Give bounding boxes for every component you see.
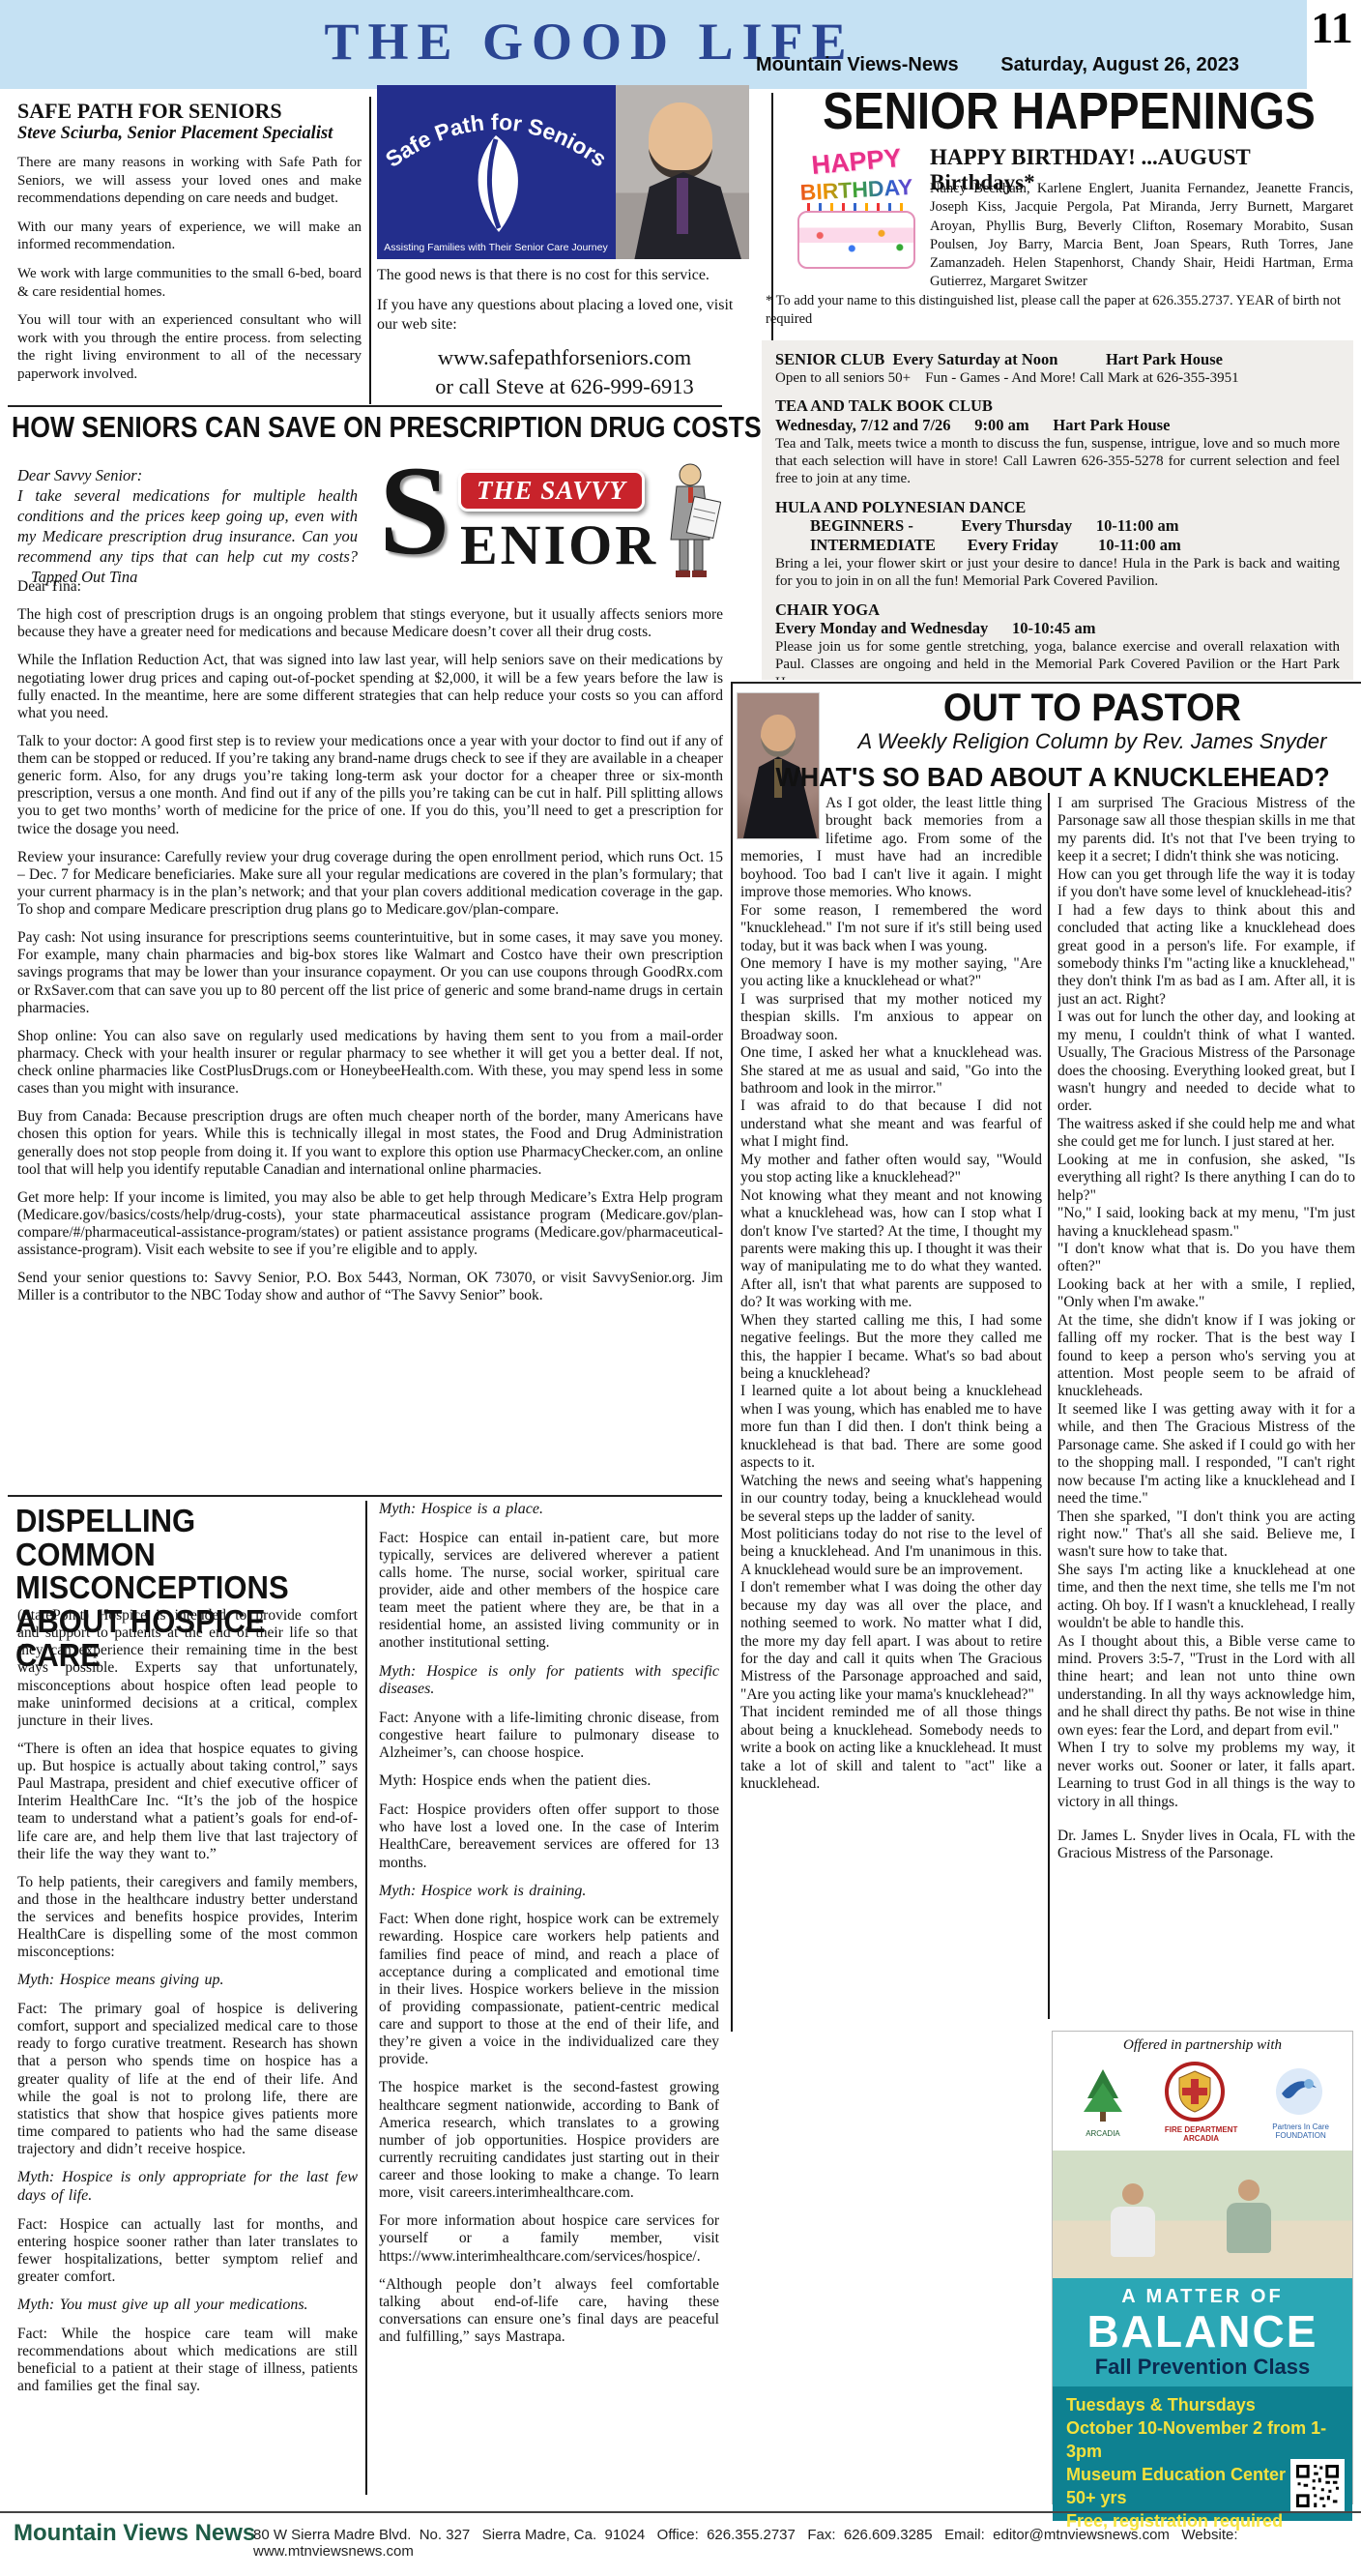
pastor-paragraph: It seemed like I was getting away with i…	[1057, 1401, 1355, 1508]
newspaper-page: THE GOOD LIFE Mountain Views-News Saturd…	[0, 0, 1361, 2576]
pastor-paragraph: I was afraid to do that because I did no…	[740, 1098, 1042, 1151]
hospice-item: To help patients, their caregivers and f…	[17, 1874, 358, 1962]
ad-details-band: Tuesdays & ThursdaysOctober 10-November …	[1053, 2386, 1352, 2521]
event-line: Please join us for some gentle stretchin…	[775, 638, 1340, 680]
hospice-headline-line1: DISPELLING COMMON	[15, 1505, 342, 1571]
hospice-item: The hospice market is the second-fastest…	[379, 2079, 719, 2202]
pastor-paragraph: How can you get through life the way it …	[1057, 866, 1355, 902]
senior-happenings-headline: SENIOR HAPPENINGS	[818, 81, 1321, 141]
pastor-column-1: As I got older, the least little thing b…	[740, 795, 1042, 1794]
savvy-senior-logo: S THE SAVVY ENIOR	[379, 460, 723, 591]
hospice-item: “Although people don’t always feel comfo…	[379, 2276, 719, 2347]
pastor-paragraph: Most politicians today do not rise to th…	[740, 1526, 1042, 1579]
footer-paper-name: Mountain Views News	[14, 2520, 255, 2547]
safe-path-questions-note: If you have any questions about placing …	[377, 296, 752, 335]
savvy-paragraph: While the Inflation Reduction Act, that …	[17, 652, 723, 722]
birthday-note: * To add your name to this distinguished…	[766, 292, 1355, 329]
pastor-paragraph: I learned quite a lot about being a knuc…	[740, 1383, 1042, 1472]
pastor-paragraph: I was out for lunch the other day, and l…	[1057, 1009, 1355, 1116]
pastor-paragraph: I don't remember what I was doing the ot…	[740, 1579, 1042, 1704]
pastor-paragraph: I am surprised The Gracious Mistress of …	[1057, 795, 1355, 866]
arcadia-logo: ARCADIA	[1076, 2065, 1130, 2139]
hospice-item: For more information about hospice care …	[379, 2212, 719, 2265]
safe-path-ad-image: Safe Path for Seniors Assisting Families…	[377, 85, 749, 259]
pastor-paragraph: Dr. James L. Snyder lives in Ocala, FL w…	[1057, 1828, 1355, 1863]
partners-swirl-icon	[1272, 2064, 1326, 2119]
safe-path-paragraph: We work with large communities to the sm…	[17, 265, 362, 301]
pastor-paragraph: I had a few days to think about this and…	[1057, 902, 1355, 1010]
event-line: TEA AND TALK BOOK CLUB	[775, 396, 1340, 416]
page-header-band: THE GOOD LIFE Mountain Views-News Saturd…	[0, 0, 1307, 89]
savvy-paragraph: Talk to your doctor: A good first step i…	[17, 733, 723, 838]
safe-path-cost-note: The good news is that there is no cost f…	[377, 267, 752, 284]
header-meta: Mountain Views-News Saturday, August 26,…	[719, 54, 1239, 76]
safe-path-paragraph: You will tour with an experienced consul…	[17, 311, 362, 383]
hospice-item: (StatePoint) Hospice is intended to prov…	[17, 1607, 358, 1730]
ad-kicker: A MATTER OF	[1053, 2278, 1352, 2308]
hospice-column-1: (StatePoint) Hospice is intended to prov…	[17, 1607, 358, 2406]
pastor-column-2: I am surprised The Gracious Mistress of …	[1057, 795, 1355, 1863]
event-line: Bring a lei, your flower skirt or just y…	[775, 555, 1340, 591]
hospice-item: Fact: Hospice providers often offer supp…	[379, 1801, 719, 1872]
hospice-item: Myth: Hospice is a place.	[379, 1501, 719, 1519]
savvy-paragraph: The high cost of prescription drugs is a…	[17, 606, 723, 641]
hospice-item: Myth: You must give up all your medicati…	[17, 2297, 358, 2315]
savvy-salutation: Dear Tina:	[17, 578, 723, 596]
hospice-item: Fact: When done right, hospice work can …	[379, 1911, 719, 2068]
qr-code	[1290, 2459, 1345, 2513]
pastor-paragraph: When I try to solve my problems my way, …	[1057, 1740, 1355, 1811]
savvy-paragraph: Buy from Canada: Because prescription dr…	[17, 1108, 723, 1179]
event-line: Wednesday, 7/12 and 7/26 9:00 am Hart Pa…	[775, 416, 1340, 435]
savvy-paragraph: Send your senior questions to: Savvy Sen…	[17, 1270, 723, 1304]
savvy-logo-badge: THE SAVVY	[458, 470, 645, 512]
savvy-question-salutation: Dear Savvy Senior:	[17, 466, 358, 486]
ad-exercise-photo	[1053, 2151, 1352, 2278]
ad-detail-line: October 10-November 2 from 1-3pm	[1066, 2417, 1352, 2464]
ad-partner-logos: ARCADIA FIRE DEPARTMENT ARCADIA Par	[1053, 2054, 1352, 2151]
safe-path-logo: Safe Path for Seniors Assisting Families…	[377, 85, 616, 259]
ad-detail-line: Tuesdays & Thursdays	[1066, 2394, 1352, 2417]
birthday-cake-icon: HAPPY BIRTHDAY	[789, 147, 924, 298]
event-line	[775, 387, 1340, 396]
pastor-paragraph: Then she sparked, "I don't think you are…	[1057, 1508, 1355, 1562]
event-line: BEGINNERS - Every Thursday 10-11:00 am	[775, 516, 1340, 536]
divider-pastor-left	[731, 682, 733, 2032]
savvy-question: Dear Savvy Senior: I take several medica…	[17, 466, 358, 588]
ad-subtitle: Fall Prevention Class	[1053, 2355, 1352, 2380]
hospice-item: Fact: Hospice can entail in-patient care…	[379, 1530, 719, 1653]
portrait-head	[649, 102, 712, 178]
ad-title-band: A MATTER OF BALANCE Fall Prevention Clas…	[1053, 2278, 1352, 2386]
safe-path-phone: or call Steve at 626-999-6913	[377, 372, 752, 401]
divider-pastor-columns	[1048, 793, 1050, 2019]
event-line	[775, 488, 1340, 498]
pastor-paragraph: At the time, she didn't know if I was jo…	[1057, 1312, 1355, 1401]
hospice-item: Fact: While the hospice care team will m…	[17, 2326, 358, 2396]
savvy-cartoon-man-icon	[661, 462, 721, 580]
savvy-paragraph: Review your insurance: Carefully review …	[17, 849, 723, 920]
pastor-paragraph: Looking at me in confusion, she asked, "…	[1057, 1152, 1355, 1205]
pastor-paragraph: "I don't know what that is. Do you have …	[1057, 1241, 1355, 1276]
paper-name: Mountain Views-News	[756, 54, 959, 75]
birthday-names: Nancy Beckham, Karlene Englert, Juanita …	[930, 180, 1353, 292]
pastor-paragraph: One time, I asked her what a knucklehead…	[740, 1044, 1042, 1098]
pastor-paragraph: One memory I have is my mother saying, "…	[740, 955, 1042, 991]
savvy-logo-senior: ENIOR	[460, 512, 658, 577]
hospice-item: Myth: Hospice is only appropriate for th…	[17, 2169, 358, 2205]
pastor-paragraph: I was surprised that my mother noticed m…	[740, 991, 1042, 1044]
event-line: SENIOR CLUB Every Saturday at Noon Hart …	[775, 350, 1340, 369]
pastor-paragraph: As I thought about this, a Bible verse c…	[1057, 1633, 1355, 1741]
senior-events-box: SENIOR CLUB Every Saturday at Noon Hart …	[762, 340, 1353, 680]
hospice-item: Myth: Hospice is only for patients with …	[379, 1663, 719, 1699]
pastor-column-title: OUT TO PASTOR	[835, 687, 1349, 730]
pastor-paragraph: For some reason, I remembered the word "…	[740, 902, 1042, 955]
event-line: INTERMEDIATE Every Friday 10-11:00 am	[775, 536, 1340, 555]
hospice-item: “There is often an idea that hospice equ…	[17, 1741, 358, 1863]
pastor-paragraph: "No," I said, looking back at my menu, "…	[1057, 1205, 1355, 1241]
savvy-paragraph: Pay cash: Not using insurance for prescr…	[17, 929, 723, 1017]
hospice-item: Fact: The primary goal of hospice is del…	[17, 2001, 358, 2158]
safe-path-article: SAFE PATH FOR SENIORS Steve Sciurba, Sen…	[17, 99, 362, 395]
fire-crest-icon	[1165, 2062, 1225, 2122]
pastor-paragraph: That incident reminded me of all those t…	[740, 1704, 1042, 1793]
safe-path-byline: Steve Sciurba, Senior Placement Speciali…	[17, 124, 362, 144]
matter-of-balance-ad: Offered in partnership with ARCADIA FIRE…	[1052, 2031, 1353, 2504]
event-line	[775, 591, 1340, 600]
page-number: 11	[1305, 2, 1359, 53]
savvy-article-body: Dear Tina: The high cost of prescription…	[17, 578, 723, 1316]
divider-safepath	[369, 97, 371, 404]
cake-base	[797, 211, 915, 269]
issue-date: Saturday, August 26, 2023	[1000, 54, 1239, 75]
pastor-paragraph: My mother and father often would say, "W…	[740, 1152, 1042, 1187]
partners-in-care-foundation-logo: Partners In Care FOUNDATION	[1272, 2064, 1329, 2141]
safe-path-paragraph: There are many reasons in working with S…	[17, 154, 362, 208]
event-line: CHAIR YOGA	[775, 600, 1340, 620]
hospice-item: Myth: Hospice ends when the patient dies…	[379, 1772, 719, 1791]
hospice-headline-line2: MISCONCEPTIONS	[15, 1571, 342, 1605]
event-line: Every Monday and Wednesday 10-10:45 am	[775, 619, 1340, 638]
hospice-column-2: Myth: Hospice is a place.Fact: Hospice c…	[379, 1501, 719, 2356]
senior-figure	[1111, 2183, 1155, 2257]
pastor-paragraph: Not knowing what they meant and not know…	[740, 1187, 1042, 1312]
safe-path-website-link: www.safepathforseniors.com	[377, 343, 752, 372]
footer-rule	[0, 2511, 1361, 2513]
savvy-question-text: I take several medications for multiple …	[17, 486, 358, 566]
ad-partner-label: Offered in partnership with	[1053, 2032, 1352, 2054]
pastor-article-headline: WHAT'S SO BAD ABOUT A KNUCKLEHEAD?	[757, 762, 1348, 793]
steve-portrait-photo	[616, 85, 749, 259]
rule-above-savvy	[8, 405, 722, 407]
safe-path-title: SAFE PATH FOR SENIORS	[17, 99, 362, 124]
arcadia-tree-icon	[1076, 2065, 1130, 2125]
savvy-paragraph: Shop online: You can also save on regula…	[17, 1028, 723, 1098]
senior-figure	[1227, 2180, 1271, 2253]
portrait-tie	[677, 178, 688, 234]
pastor-column-subtitle: A Weekly Religion Column by Rev. James S…	[822, 729, 1361, 754]
event-line: Open to all seniors 50+ Fun - Games - An…	[775, 369, 1340, 387]
safe-path-contact: www.safepathforseniors.com or call Steve…	[377, 343, 752, 400]
fire-department-arcadia-logo: FIRE DEPARTMENT ARCADIA	[1165, 2062, 1237, 2144]
pastor-paragraph: The waitress asked if she could help me …	[1057, 1116, 1355, 1152]
hospice-item: Myth: Hospice work is draining.	[379, 1883, 719, 1901]
event-line: Tea and Talk, meets twice a month to dis…	[775, 435, 1340, 488]
pastor-paragraph: Watching the news and seeing what's happ…	[740, 1473, 1042, 1526]
savvy-logo-s: S	[379, 447, 449, 574]
pastor-paragraph: Looking back at her with a smile, I repl…	[1057, 1276, 1355, 1312]
pastor-photo-head	[761, 715, 796, 757]
photo-wrap-spacer	[740, 795, 825, 845]
rule-above-pastor	[731, 682, 1361, 684]
safe-path-logo-caption: Assisting Families with Their Senior Car…	[384, 242, 608, 253]
pastor-paragraph: She says I'm acting like a knucklehead a…	[1057, 1562, 1355, 1633]
leaf-icon	[478, 135, 518, 232]
ad-title: BALANCE	[1053, 2308, 1352, 2355]
rule-above-hospice	[8, 1495, 722, 1497]
hospice-item: Fact: Hospice can actually last for mont…	[17, 2216, 358, 2287]
hospice-item: Fact: Anyone with a life-limiting chroni…	[379, 1710, 719, 1762]
pastor-paragraph: When they started calling me this, I had…	[740, 1312, 1042, 1384]
safe-path-paragraph: With our many years of experience, we wi…	[17, 219, 362, 254]
savvy-article-headline: HOW SENIORS CAN SAVE ON PRESCRIPTION DRU…	[12, 410, 624, 445]
divider-hospice-columns	[365, 1501, 367, 2495]
savvy-paragraph: Get more help: If your income is limited…	[17, 1189, 723, 1260]
hospice-item: Myth: Hospice means giving up.	[17, 1972, 358, 1990]
safe-path-logo-graphic: Safe Path for Seniors Assisting Families…	[377, 85, 616, 259]
footer-contact-info: 80 W Sierra Madre Blvd. No. 327 Sierra M…	[253, 2527, 1360, 2560]
event-line: HULA AND POLYNESIAN DANCE	[775, 498, 1340, 517]
